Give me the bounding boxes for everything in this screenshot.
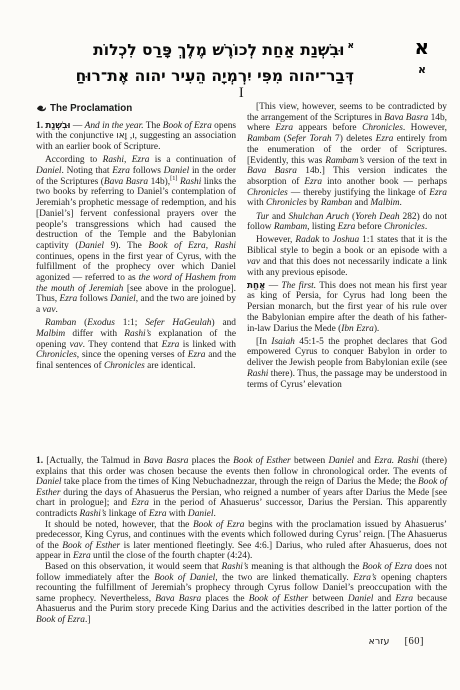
chapter-numeral: I — [36, 85, 447, 102]
inline-verse-number: א — [347, 41, 354, 51]
footnote-paragraph: Based on this observation, it would seem… — [36, 562, 447, 626]
footnotes: 1. [Actually, the Talmud in Bava Basra p… — [36, 456, 447, 626]
paragraph: However, Radak to Joshua 1:1 states that… — [247, 235, 447, 278]
hebrew-verse-text-1: וּבִשְׁנַת אַחַת לְכוֹרֶשׁ מֶלֶךְ פָּרַס… — [93, 41, 344, 59]
verse-marker-hebrew: א — [418, 63, 426, 76]
footnote-paragraph: 1. [Actually, the Talmud in Bava Basra p… — [36, 456, 447, 520]
right-column: [This view, however, seems to be contrad… — [247, 102, 447, 393]
paragraph: [In Isaiah 45:1-5 the prophet declares t… — [247, 337, 447, 391]
section-title: The Proclamation — [50, 104, 132, 115]
chapter-marker-hebrew: א — [414, 35, 429, 59]
fleuron-icon — [36, 104, 47, 116]
footnote-paragraph: It should be noted, however, that the Bo… — [36, 520, 447, 562]
hebrew-verse-line-1: אוּבִשְׁנַת אַחַת לְכוֹרֶשׁ מֶלֶךְ פָּרַ… — [32, 33, 354, 63]
paragraph: אַחַת — The first. This does not mean hi… — [247, 281, 447, 335]
footer-page-number: [60] — [405, 636, 425, 647]
paragraph: According to Rashi, Ezra is a continuati… — [36, 155, 236, 316]
paragraph: [This view, however, seems to be contrad… — [247, 102, 447, 209]
section-header: The Proclamation — [36, 103, 236, 116]
commentary-columns: The Proclamation 1. וּבִשְׁנַת — And in … — [36, 102, 447, 393]
hebrew-verse-text-2: דְּבַר־יהוה מִפִּי יִרְמְיָה הֵעִיר יהוה… — [76, 67, 354, 85]
page-footer: עזרא [60] — [369, 636, 424, 647]
paragraph: 1. וּבִשְׁנַת — And in the year. The Boo… — [36, 121, 236, 153]
left-column: The Proclamation 1. וּבִשְׁנַת — And in … — [36, 102, 236, 393]
hebrew-verse: אוּבִשְׁנַת אַחַת לְכוֹרֶשׁ מֶלֶךְ פָּרַ… — [32, 33, 354, 89]
book-page: א א אוּבִשְׁנַת אַחַת לְכוֹרֶשׁ מֶלֶךְ פ… — [0, 0, 460, 690]
paragraph: Ramban (Exodus 1:1; Sefer HaGeulah) and … — [36, 318, 236, 372]
paragraph: Tur and Shulchan Aruch (Yoreh Deah 282) … — [247, 212, 447, 233]
footer-book-title-hebrew: עזרא — [369, 636, 390, 647]
